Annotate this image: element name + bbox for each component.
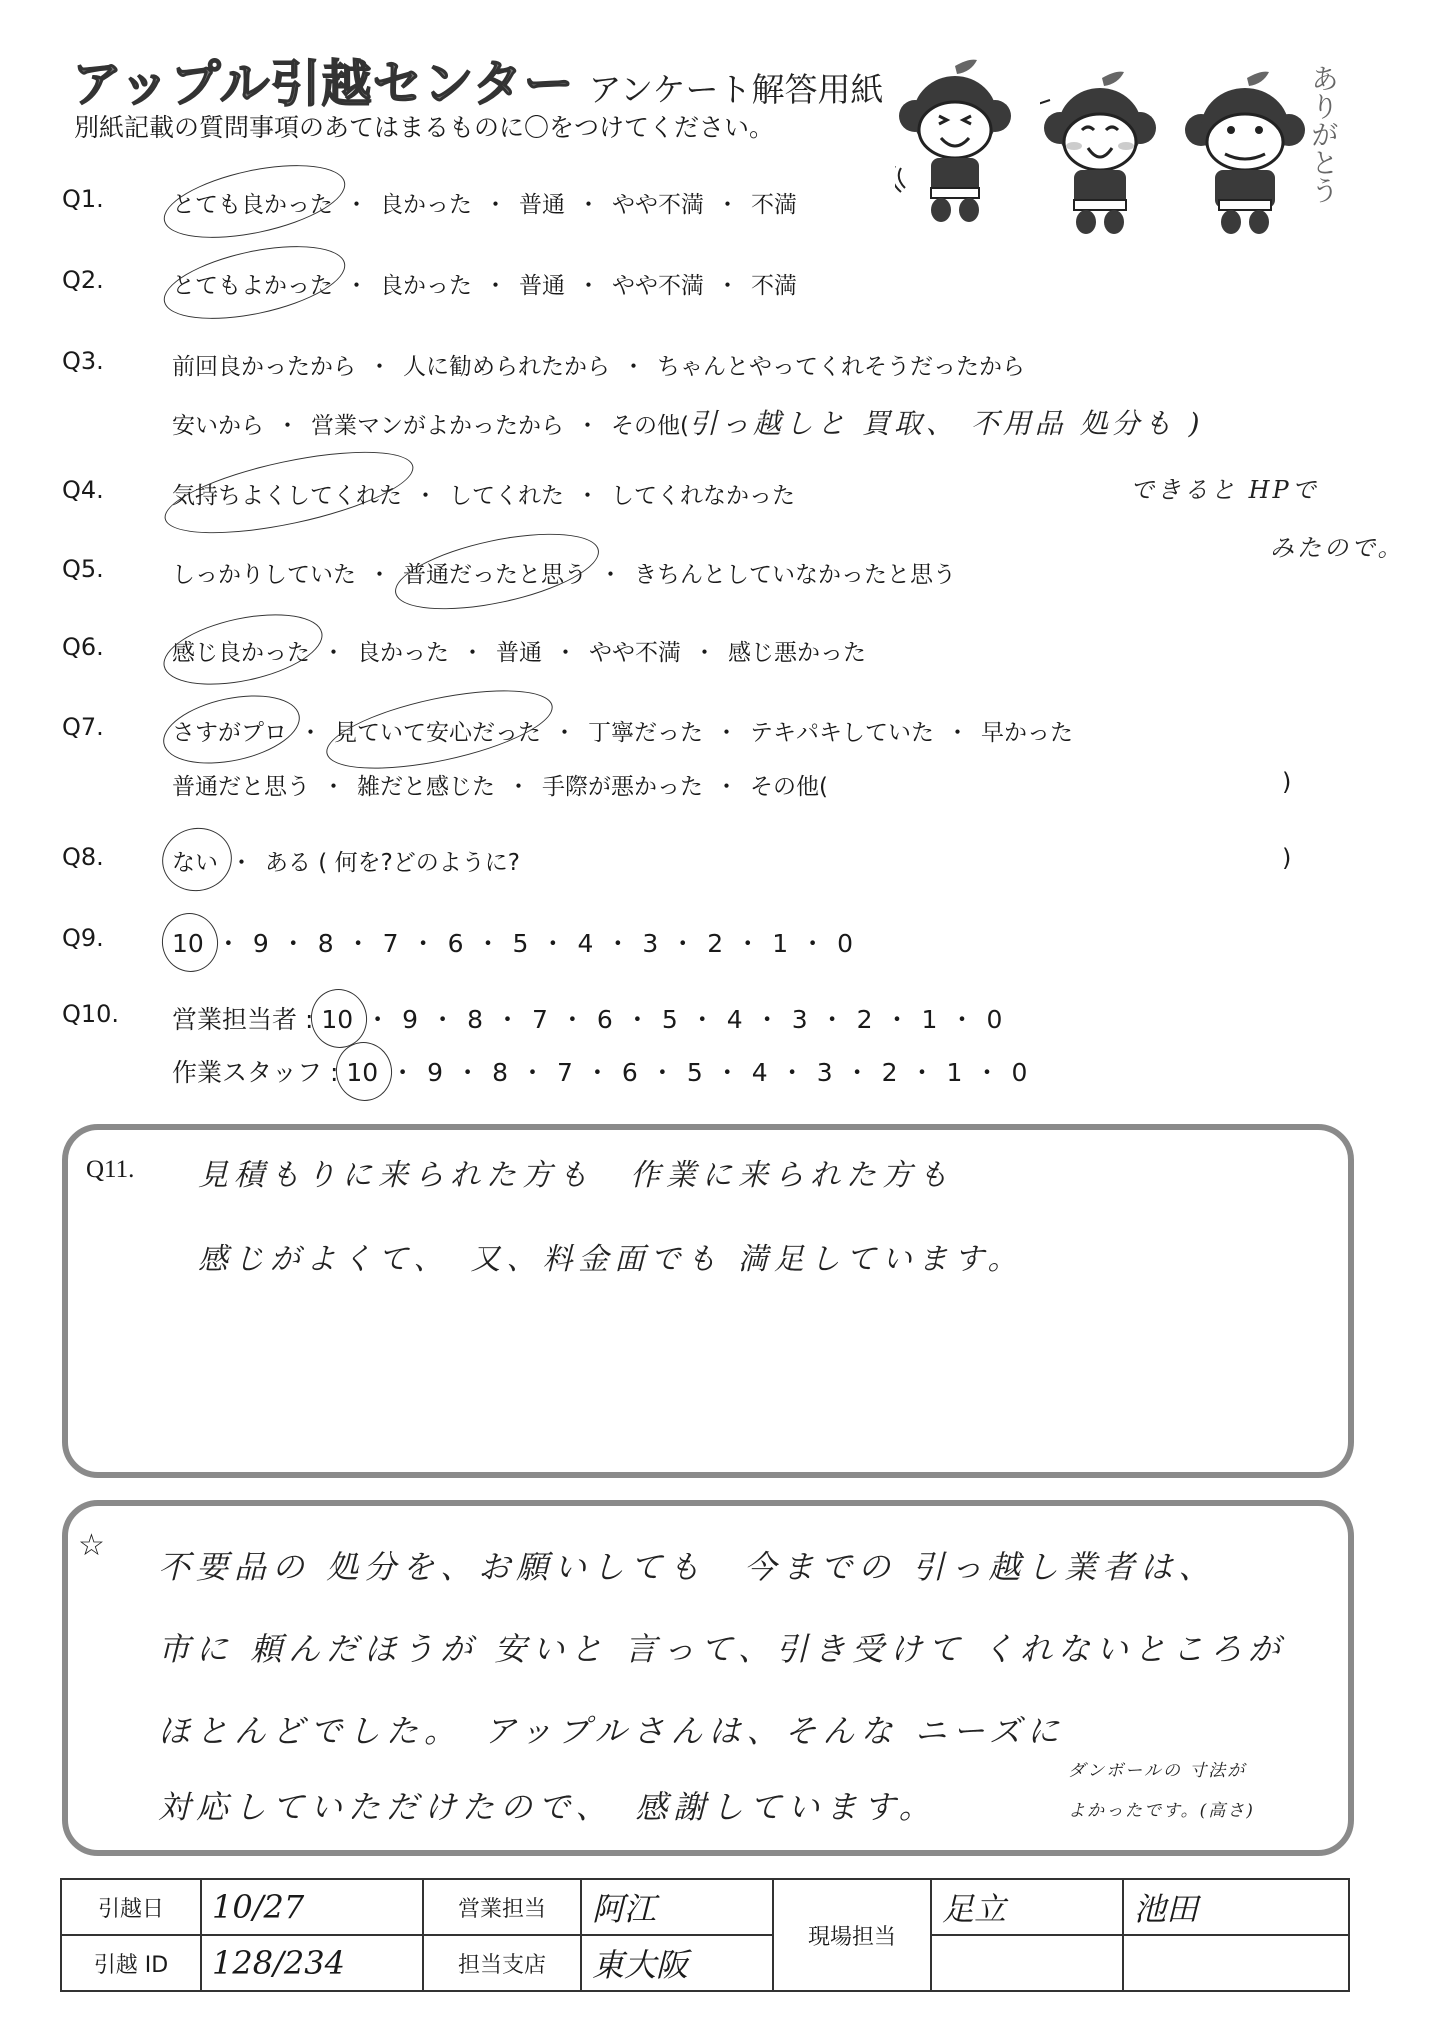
- q9-score-8[interactable]: 8: [318, 929, 334, 958]
- q10-staff-score-9[interactable]: 9: [427, 1058, 443, 1087]
- q10-sales-score-2[interactable]: 2: [857, 1005, 873, 1034]
- q10-label: Q10.: [62, 1000, 152, 1028]
- q8-option-1-selected[interactable]: ない: [172, 844, 218, 877]
- q1-option-1-selected[interactable]: とても良かった: [172, 186, 333, 219]
- q10-sales-scale: 営業担当者 : 10・9・8・7・6・5・4・3・2・1・0: [172, 1000, 1002, 1036]
- q10-sales-score-10-selected[interactable]: 10: [321, 1005, 353, 1034]
- q9-score-6[interactable]: 6: [448, 929, 464, 958]
- q10-sales-score-5[interactable]: 5: [662, 1005, 678, 1034]
- move-date-value[interactable]: 10/27: [201, 1879, 423, 1935]
- side-note-line-1: ダンボールの 寸法が: [1068, 1756, 1246, 1781]
- q7-close-paren: ): [1282, 768, 1291, 796]
- mascot-caption: ありがとう: [1308, 64, 1338, 204]
- q10-sales-label: 営業担当者 :: [172, 1005, 313, 1034]
- q1-option-4[interactable]: やや不満: [612, 192, 704, 218]
- q6-option-4[interactable]: やや不満: [589, 640, 681, 666]
- q7-option-4[interactable]: テキパキしていた: [750, 720, 934, 746]
- move-date-label: 引越日: [61, 1879, 201, 1935]
- q8-close-paren: ): [1282, 844, 1291, 872]
- q10-staff-score-8[interactable]: 8: [492, 1058, 508, 1087]
- q10-sales-score-0[interactable]: 0: [986, 1005, 1002, 1034]
- q10-sales-score-4[interactable]: 4: [727, 1005, 743, 1034]
- q11-answer-line-1: 見積もりに来られた方も 作業に来られた方も: [198, 1150, 954, 1194]
- q8-label: Q8.: [62, 843, 152, 871]
- mascot-monkey-smile-icon: [1185, 70, 1305, 240]
- q1-option-3[interactable]: 普通: [519, 192, 565, 218]
- q10-sales-score-1[interactable]: 1: [922, 1005, 938, 1034]
- q3-options-line2: 安いから・営業マンがよかったから・その他(引っ越しと 買取、 不用品 処分も ): [172, 402, 1204, 442]
- q5-option-3[interactable]: きちんとしていなかったと思う: [634, 562, 956, 588]
- site-rep-1[interactable]: 足立: [931, 1879, 1123, 1935]
- q10-sales-score-3[interactable]: 3: [792, 1005, 808, 1034]
- instructions: 別紙記載の質問事項のあてはまるものに〇をつけてください。: [74, 108, 774, 144]
- q3-options-line1: 前回良かったから・人に勧められたから・ちゃんとやってくれそうだったから: [172, 348, 1025, 381]
- q7-option-3[interactable]: 丁寧だった: [588, 720, 703, 746]
- q9-score-4[interactable]: 4: [577, 929, 593, 958]
- q11-answer-box[interactable]: Q11. 見積もりに来られた方も 作業に来られた方も 感じがよくて、 又、料金面…: [62, 1124, 1354, 1478]
- move-info-table: 引越日 10/27 営業担当 阿江 現場担当 足立 池田 引越 ID 128/2…: [60, 1878, 1350, 1992]
- q9-scale: 10・9・8・7・6・5・4・3・2・1・0: [172, 924, 853, 960]
- q3-option-other[interactable]: その他(: [611, 413, 689, 439]
- q11-answer-line-2: 感じがよくて、 又、料金面でも 満足しています。: [198, 1234, 1024, 1278]
- q9-score-3[interactable]: 3: [642, 929, 658, 958]
- q3-other-answer-cont1: できると HPで: [1130, 470, 1319, 505]
- q4-label: Q4.: [62, 476, 152, 504]
- side-note-line-2: よかったです。(高さ): [1068, 1796, 1255, 1821]
- comments-box[interactable]: ☆ 不要品の 処分を、お願いしても 今までの 引っ越し業者は、 市に 頼んだほう…: [62, 1500, 1354, 1856]
- q10-staff-label: 作業スタッフ :: [172, 1058, 338, 1087]
- mascot-monkey-wink-icon: [895, 58, 1015, 228]
- q6-label: Q6.: [62, 633, 152, 661]
- q6-option-5[interactable]: 感じ悪かった: [728, 640, 866, 666]
- q7-options-line2: 普通だと思う・雑だと感じた・手際が悪かった・その他(: [172, 768, 828, 801]
- q6-option-1-selected[interactable]: 感じ良かった: [172, 634, 310, 667]
- q10-sales-score-6[interactable]: 6: [597, 1005, 613, 1034]
- branch-label: 担当支店: [423, 1935, 581, 1991]
- q9-score-10-selected[interactable]: 10: [172, 929, 204, 958]
- q1-option-2[interactable]: 良かった: [380, 192, 472, 218]
- q2-option-1-selected[interactable]: とてもよかった: [172, 267, 333, 300]
- q7-option-1-selected[interactable]: さすがプロ: [172, 714, 287, 747]
- q9-score-1[interactable]: 1: [772, 929, 788, 958]
- q7-label: Q7.: [62, 713, 152, 741]
- q6-options: 感じ良かった・良かった・普通・やや不満・感じ悪かった: [172, 634, 866, 667]
- q9-label: Q9.: [62, 924, 152, 952]
- comment-line-4: 対応していただけたので、 感謝しています。: [158, 1782, 937, 1828]
- q4-options: 気持ちよくしてくれた・してくれた・してくれなかった: [172, 477, 795, 510]
- q2-label: Q2.: [62, 266, 152, 294]
- q4-option-2[interactable]: してくれた: [449, 483, 564, 509]
- q3-other-answer-cont2: みたので。: [1270, 528, 1405, 563]
- q9-score-2[interactable]: 2: [707, 929, 723, 958]
- q10-staff-score-6[interactable]: 6: [622, 1058, 638, 1087]
- q4-option-3[interactable]: してくれなかった: [611, 483, 795, 509]
- q3-option-3[interactable]: ちゃんとやってくれそうだったから: [657, 354, 1025, 380]
- q3-label: Q3.: [62, 347, 152, 375]
- q5-options: しっかりしていた・普通だったと思う・きちんとしていなかったと思う: [172, 556, 956, 589]
- q7-option-5[interactable]: 早かった: [981, 720, 1073, 746]
- q3-option-5[interactable]: 営業マンがよかったから: [311, 413, 564, 439]
- star-icon: ☆: [78, 1528, 105, 1563]
- q10-staff-score-0[interactable]: 0: [1011, 1058, 1027, 1087]
- q8-option-2[interactable]: ある ( 何を?どのように?: [265, 850, 520, 876]
- q2-option-3[interactable]: 普通: [519, 273, 565, 299]
- q3-option-2[interactable]: 人に勧められたから: [403, 354, 610, 380]
- q1-options: とても良かった・良かった・普通・やや不満・不満: [172, 186, 797, 219]
- q7-option-2-selected[interactable]: 見ていて安心だった: [334, 714, 541, 747]
- move-id-label: 引越 ID: [61, 1935, 201, 1991]
- form-title: アンケート解答用紙: [589, 70, 884, 109]
- q3-option-4[interactable]: 安いから: [172, 413, 264, 439]
- q3-option-1[interactable]: 前回良かったから: [172, 354, 356, 380]
- q10-staff-scale: 作業スタッフ : 10・9・8・7・6・5・4・3・2・1・0: [172, 1053, 1027, 1089]
- q10-sales-score-9[interactable]: 9: [402, 1005, 418, 1034]
- q10-staff-score-5[interactable]: 5: [687, 1058, 703, 1087]
- company-name: アップル引越センター: [72, 55, 575, 113]
- site-rep-2[interactable]: 池田: [1123, 1879, 1349, 1935]
- q5-label: Q5.: [62, 555, 152, 583]
- q10-sales-score-8[interactable]: 8: [467, 1005, 483, 1034]
- q11-label: Q11.: [86, 1156, 134, 1184]
- comment-line-1: 不要品の 処分を、お願いしても 今までの 引っ越し業者は、: [158, 1542, 1216, 1588]
- q1-option-5[interactable]: 不満: [751, 192, 797, 218]
- q2-options: とてもよかった・良かった・普通・やや不満・不満: [172, 267, 797, 300]
- q7-option-7[interactable]: 雑だと感じた: [357, 774, 495, 800]
- q10-staff-score-1[interactable]: 1: [947, 1058, 963, 1087]
- q10-sales-score-7[interactable]: 7: [532, 1005, 548, 1034]
- q8-options: ない・ある ( 何を?どのように?: [172, 844, 520, 877]
- comment-line-2: 市に 頼んだほうが 安いと 言って、引き受けて くれないところが: [158, 1624, 1286, 1670]
- company-title: アップル引越センターアンケート解答用紙: [72, 44, 884, 116]
- q2-option-4[interactable]: やや不満: [612, 273, 704, 299]
- q9-score-0[interactable]: 0: [837, 929, 853, 958]
- sales-rep-value[interactable]: 阿江: [581, 1879, 773, 1935]
- site-rep-3[interactable]: [931, 1935, 1123, 1991]
- q6-option-2[interactable]: 良かった: [357, 640, 449, 666]
- q10-staff-score-2[interactable]: 2: [882, 1058, 898, 1087]
- q2-option-2[interactable]: 良かった: [380, 273, 472, 299]
- q10-staff-score-4[interactable]: 4: [752, 1058, 768, 1087]
- q3-other-answer: 引っ越しと 買取、 不用品 処分も ): [689, 407, 1204, 440]
- q5-option-1[interactable]: しっかりしていた: [172, 562, 356, 588]
- q9-score-5[interactable]: 5: [513, 929, 529, 958]
- q10-staff-score-3[interactable]: 3: [817, 1058, 833, 1087]
- comment-line-3: ほとんどでした。 アップルさんは、そんな ニーズに: [158, 1706, 1065, 1752]
- q4-option-1-selected[interactable]: 気持ちよくしてくれた: [172, 477, 402, 510]
- mascot-monkey-happy-icon: [1040, 70, 1160, 240]
- q7-options-line1: さすがプロ・見ていて安心だった・丁寧だった・テキパキしていた・早かった: [172, 714, 1073, 747]
- q10-staff-score-7[interactable]: 7: [557, 1058, 573, 1087]
- q6-option-3[interactable]: 普通: [496, 640, 542, 666]
- q9-score-9[interactable]: 9: [253, 929, 269, 958]
- site-rep-4[interactable]: [1123, 1935, 1349, 1991]
- branch-value[interactable]: 東大阪: [581, 1935, 773, 1991]
- q10-staff-score-10-selected[interactable]: 10: [346, 1058, 378, 1087]
- q1-label: Q1.: [62, 185, 152, 213]
- q9-score-7[interactable]: 7: [383, 929, 399, 958]
- sales-rep-label: 営業担当: [423, 1879, 581, 1935]
- q7-option-other[interactable]: その他(: [750, 774, 828, 800]
- q7-option-6[interactable]: 普通だと思う: [172, 774, 310, 800]
- site-rep-label: 現場担当: [773, 1879, 931, 1991]
- q2-option-5[interactable]: 不満: [751, 273, 797, 299]
- move-id-value[interactable]: 128/234: [201, 1935, 423, 1991]
- q5-option-2-selected[interactable]: 普通だったと思う: [403, 556, 587, 589]
- q7-option-8[interactable]: 手際が悪かった: [542, 774, 703, 800]
